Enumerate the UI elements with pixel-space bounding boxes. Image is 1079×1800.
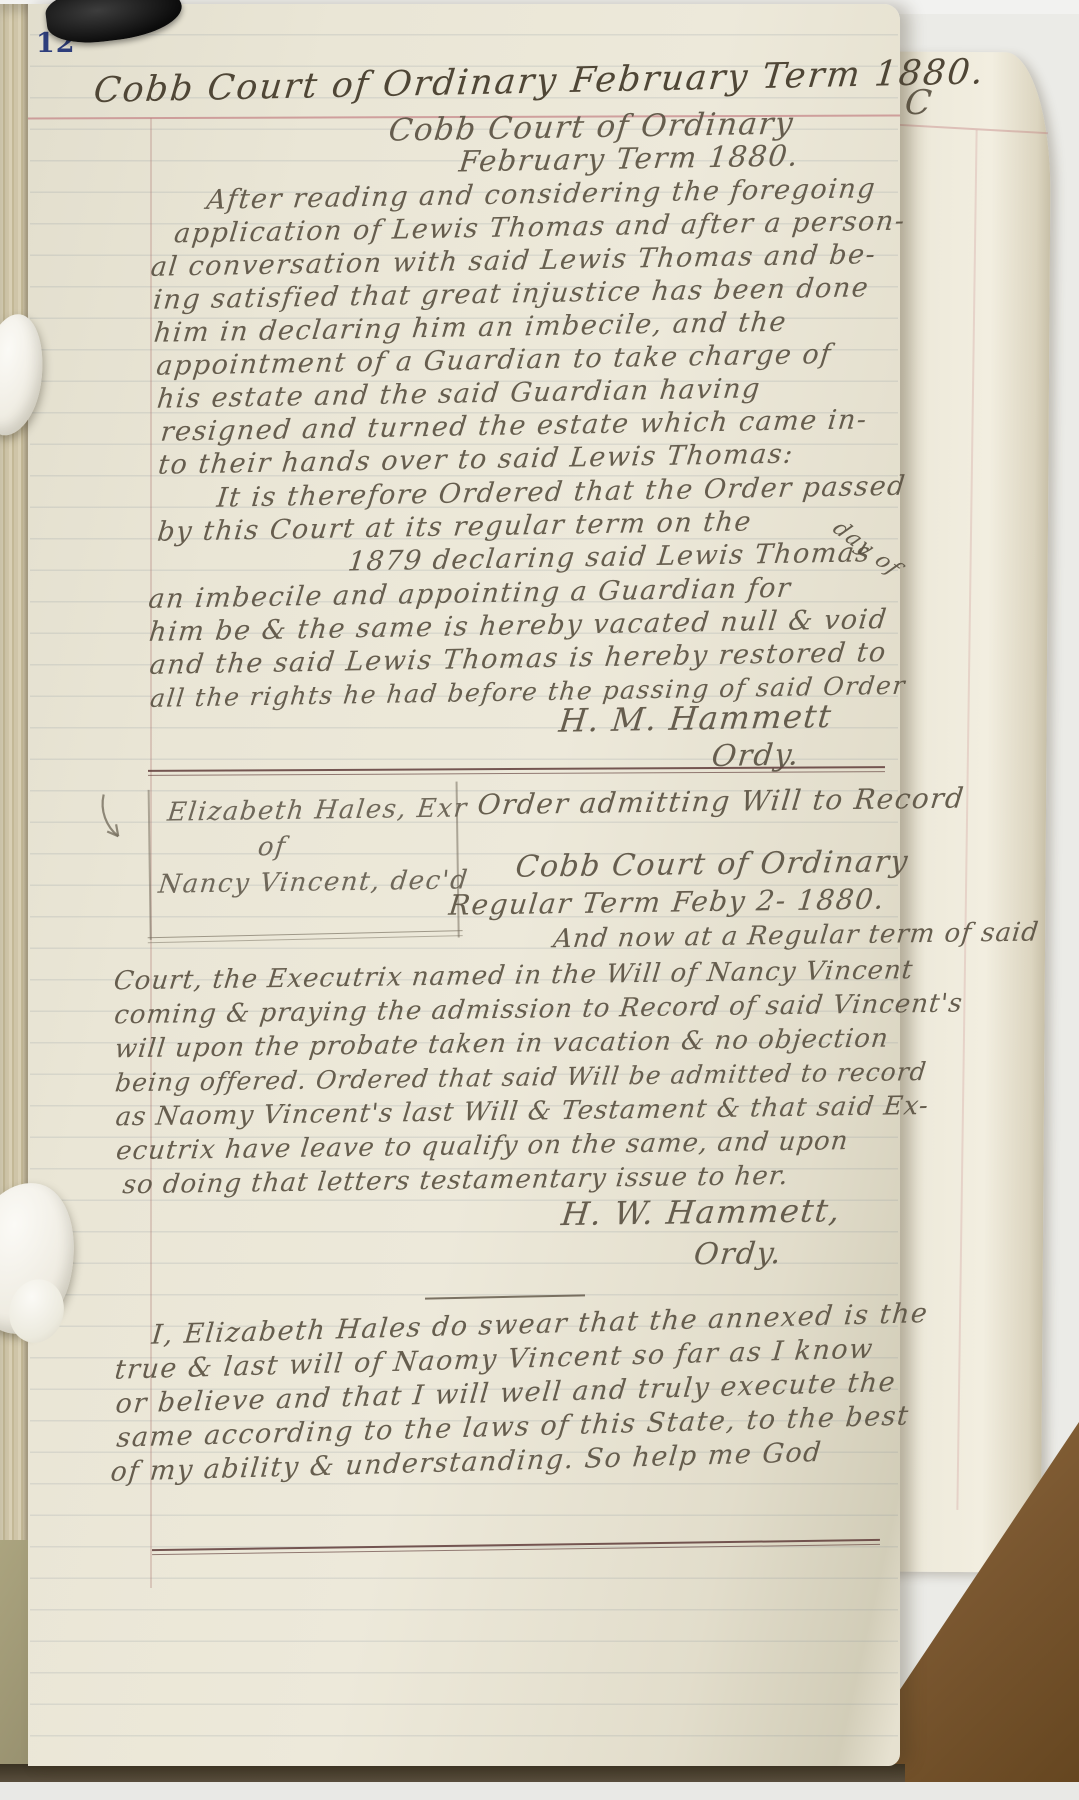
photographed-ledger-page: C 12 Cobb Court of Ordinary February Ter… [0,0,1079,1800]
left-margin-rule [150,118,152,1588]
ruled-lines [30,4,898,1762]
table-surface [0,1782,1079,1800]
book-bottom-edge [0,1764,905,1784]
